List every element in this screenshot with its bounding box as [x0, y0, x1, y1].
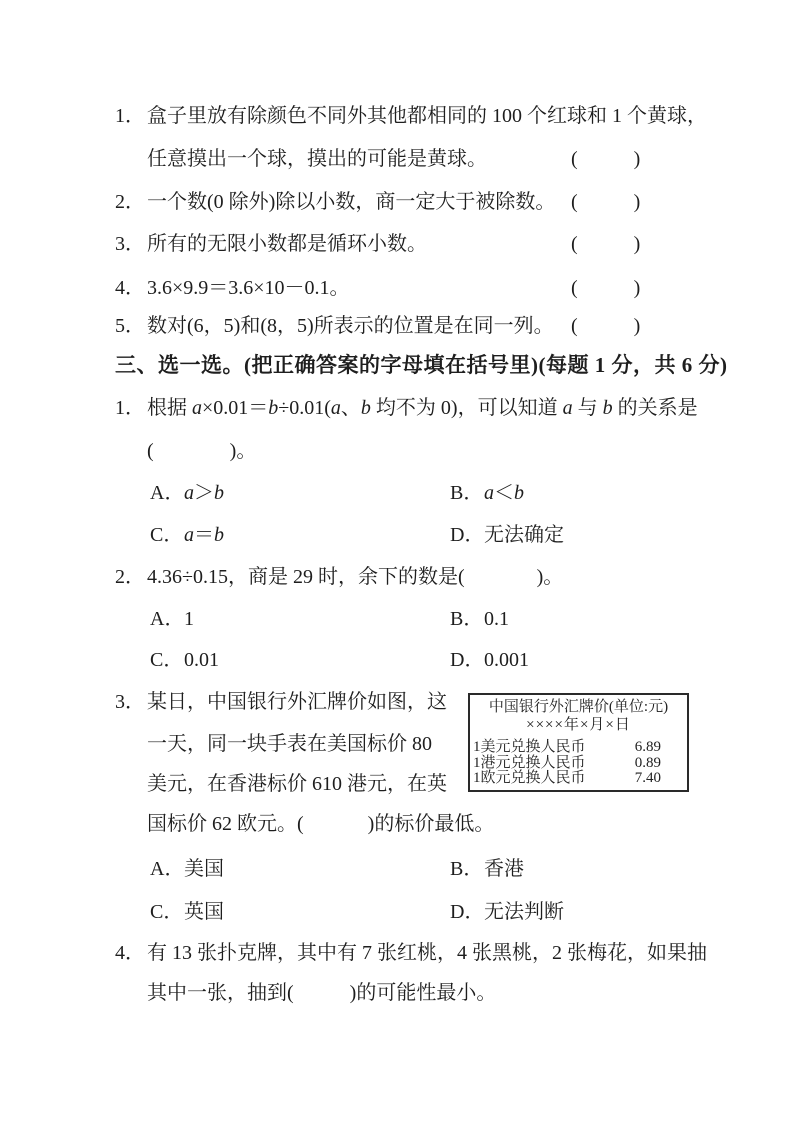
table-row: 1美元兑换人民币6.89 [470, 740, 687, 756]
exchange-table-title: 中国银行外汇牌价(单位:元) [470, 699, 687, 715]
tf-item-2-line-1: 2．一个数(0 除外)除以小数，商一定大于被除数。 [115, 190, 555, 214]
q4-line-1: 4．有 13 张扑克牌，其中有 7 张红桃，4 张黑桃，2 张梅花，如果抽 [115, 941, 707, 965]
currency-label: 1美元兑换人民币 [473, 740, 586, 756]
rate-value: 7.40 [635, 771, 661, 787]
q1-stem-line: 1．根据 a×0.01＝b÷0.01(a、b 均不为 0)，可以知道 a 与 b… [115, 396, 698, 420]
paren-open: ( [571, 148, 578, 170]
q3-option-d-label: D． [450, 900, 484, 924]
q2-option-d-text: 0.001 [484, 649, 529, 671]
rate-value: 6.89 [635, 740, 661, 756]
paren-open: ( [571, 233, 578, 255]
q1-stem-seg: 的关系是 [613, 397, 698, 419]
q3-option-a: A．美国 [150, 857, 224, 881]
tf-item-5-text: 数对(6，5)和(8，5)所表示的位置是在同一列。 [147, 315, 554, 337]
q2-option-a-label: A． [150, 607, 184, 631]
tf-item-1-line-1: 1．盒子里放有除颜色不同外其他都相同的 100 个红球和 1 个黄球， [115, 104, 707, 128]
q1-stem-seg: 均不为 0)，可以知道 [371, 397, 563, 419]
q1-option-a-var: a [184, 482, 194, 504]
q1-stem-seg: ×0.01＝ [202, 397, 268, 419]
q3-option-d-text: 无法判断 [484, 901, 564, 923]
tf-item-1-number: 1． [115, 104, 147, 128]
q1-stem-seg: 根据 [147, 397, 192, 419]
q3-option-c: C．英国 [150, 900, 224, 924]
tf-item-1-line-2: 任意摸出一个球，摸出的可能是黄球。 [147, 147, 487, 171]
q1-var-b: b [361, 397, 371, 419]
tf-item-2-number: 2． [115, 190, 147, 214]
q1-number: 1． [115, 396, 147, 420]
q1-option-d: D．无法确定 [450, 523, 564, 547]
q1-stem-seg: 与 [573, 397, 603, 419]
paren-close: ) [634, 315, 641, 337]
q1-option-c-var: b [214, 524, 224, 546]
q2-option-b-label: B． [450, 607, 484, 631]
tf-answer-parens-1: () [571, 147, 640, 171]
q4-line-2: 其中一张，抽到()的可能性最小。 [147, 981, 496, 1005]
q1-option-a: A．a＞b [150, 481, 224, 505]
q3-line-1: 3．某日，中国银行外汇牌价如图，这 [115, 690, 447, 714]
tf-answer-parens-5: () [571, 314, 640, 338]
q3-text-2: 一天，同一块手表在美国标价 80 [147, 733, 432, 755]
q3-text-4-pre: 国标价 62 欧元。( [147, 813, 304, 835]
table-row: 1港元兑换人民币0.89 [470, 756, 687, 772]
q3-line-3: 美元，在香港标价 610 港元，在英 [147, 772, 447, 796]
tf-item-4-number: 4． [115, 276, 147, 300]
q3-option-b: B．香港 [450, 857, 524, 881]
q3-line-4: 国标价 62 欧元。()的标价最低。 [147, 812, 494, 836]
q2-option-c-text: 0.01 [184, 649, 219, 671]
q1-option-d-label: D． [450, 523, 484, 547]
section-three-heading: 三、选一选。(把正确答案的字母填在括号里)(每题 1 分，共 6 分) [115, 353, 727, 377]
exchange-rate-table: 中国银行外汇牌价(单位:元) ××××年×月×日 1美元兑换人民币6.89 1港… [468, 693, 689, 792]
q3-line-2: 一天，同一块手表在美国标价 80 [147, 732, 432, 756]
q2-option-c: C．0.01 [150, 648, 219, 672]
currency-label: 1欧元兑换人民币 [473, 771, 586, 787]
paren-open: ( [147, 440, 154, 462]
q3-number: 3． [115, 690, 147, 714]
tf-item-1-text-2: 任意摸出一个球，摸出的可能是黄球。 [147, 148, 487, 170]
paren-open: ( [571, 277, 578, 299]
q1-stem-seg: 、 [341, 397, 361, 419]
q2-option-a: A．1 [150, 607, 194, 631]
q1-option-b: B．a＜b [450, 481, 524, 505]
currency-label: 1港元兑换人民币 [473, 756, 586, 772]
paren-close: ) [634, 277, 641, 299]
q2-option-b-text: 0.1 [484, 608, 509, 630]
tf-item-5-number: 5． [115, 314, 147, 338]
q2-number: 2． [115, 565, 147, 589]
q1-stem-seg: ÷0.01( [278, 397, 331, 419]
q1-var-a: a [192, 397, 202, 419]
exchange-table-date: ××××年×月×日 [470, 717, 687, 733]
q1-answer-blank: ()。 [147, 439, 256, 463]
q1-option-d-text: 无法确定 [484, 524, 564, 546]
tf-item-3-line-1: 3．所有的无限小数都是循环小数。 [115, 232, 427, 256]
q1-option-b-var: a [484, 482, 494, 504]
exam-paper-page: 1．盒子里放有除颜色不同外其他都相同的 100 个红球和 1 个黄球， 任意摸出… [0, 0, 793, 1122]
q3-option-d: D．无法判断 [450, 900, 564, 924]
tf-item-4-text: 3.6×9.9＝3.6×10－0.1。 [147, 277, 350, 299]
q4-text-2-pre: 其中一张，抽到( [147, 982, 294, 1004]
q2-option-c-label: C． [150, 648, 184, 672]
q3-option-b-text: 香港 [484, 858, 524, 880]
q2-option-a-text: 1 [184, 608, 194, 630]
q1-option-a-op: ＞ [194, 482, 214, 504]
q1-option-b-var: b [514, 482, 524, 504]
q3-option-a-text: 美国 [184, 858, 224, 880]
q2-stem: 4.36÷0.15，商是 29 时，余下的数是( [147, 566, 465, 588]
q1-var-b: b [268, 397, 278, 419]
q1-var-b: b [603, 397, 613, 419]
tf-item-3-number: 3． [115, 232, 147, 256]
tf-answer-parens-4: () [571, 276, 640, 300]
q1-option-c-op: ＝ [194, 524, 214, 546]
paren-close: )。 [230, 440, 257, 462]
q2-option-d: D．0.001 [450, 648, 529, 672]
exchange-table-rows: 1美元兑换人民币6.89 1港元兑换人民币0.89 1欧元兑换人民币7.40 [470, 740, 687, 787]
q3-text-3: 美元，在香港标价 610 港元，在英 [147, 773, 447, 795]
tf-item-1-text-1: 盒子里放有除颜色不同外其他都相同的 100 个红球和 1 个黄球， [147, 105, 707, 127]
q3-option-c-text: 英国 [184, 901, 224, 923]
tf-item-3-text: 所有的无限小数都是循环小数。 [147, 233, 427, 255]
q1-option-b-label: B． [450, 481, 484, 505]
q3-option-b-label: B． [450, 857, 484, 881]
q3-option-a-label: A． [150, 857, 184, 881]
q1-option-c-label: C． [150, 523, 184, 547]
q2-option-d-label: D． [450, 648, 484, 672]
q1-option-c-var: a [184, 524, 194, 546]
paren-open: ( [571, 191, 578, 213]
q2-blank-close: )。 [537, 566, 564, 588]
q1-var-a: a [331, 397, 341, 419]
paren-close: ) [634, 233, 641, 255]
q1-option-a-label: A． [150, 481, 184, 505]
paren-close: ) [634, 191, 641, 213]
q2-stem-line: 2．4.36÷0.15，商是 29 时，余下的数是()。 [115, 565, 563, 589]
tf-item-4-line-1: 4．3.6×9.9＝3.6×10－0.1。 [115, 276, 350, 300]
q4-text-1: 有 13 张扑克牌，其中有 7 张红桃，4 张黑桃，2 张梅花，如果抽 [147, 942, 707, 964]
q1-var-a: a [563, 397, 573, 419]
q3-text-1: 某日，中国银行外汇牌价如图，这 [147, 691, 447, 713]
q4-number: 4． [115, 941, 147, 965]
paren-open: ( [571, 315, 578, 337]
rate-value: 0.89 [635, 756, 661, 772]
tf-item-2-text: 一个数(0 除外)除以小数，商一定大于被除数。 [147, 191, 555, 213]
tf-answer-parens-3: () [571, 232, 640, 256]
tf-item-5-line-1: 5．数对(6，5)和(8，5)所表示的位置是在同一列。 [115, 314, 554, 338]
q2-option-b: B．0.1 [450, 607, 509, 631]
tf-answer-parens-2: () [571, 190, 640, 214]
table-row: 1欧元兑换人民币7.40 [470, 771, 687, 787]
q4-text-2-post: )的可能性最小。 [350, 982, 497, 1004]
q3-option-c-label: C． [150, 900, 184, 924]
q1-option-b-op: ＜ [494, 482, 514, 504]
paren-close: ) [634, 148, 641, 170]
q3-text-4-post: )的标价最低。 [368, 813, 495, 835]
q1-option-c: C．a＝b [150, 523, 224, 547]
q1-option-a-var: b [214, 482, 224, 504]
